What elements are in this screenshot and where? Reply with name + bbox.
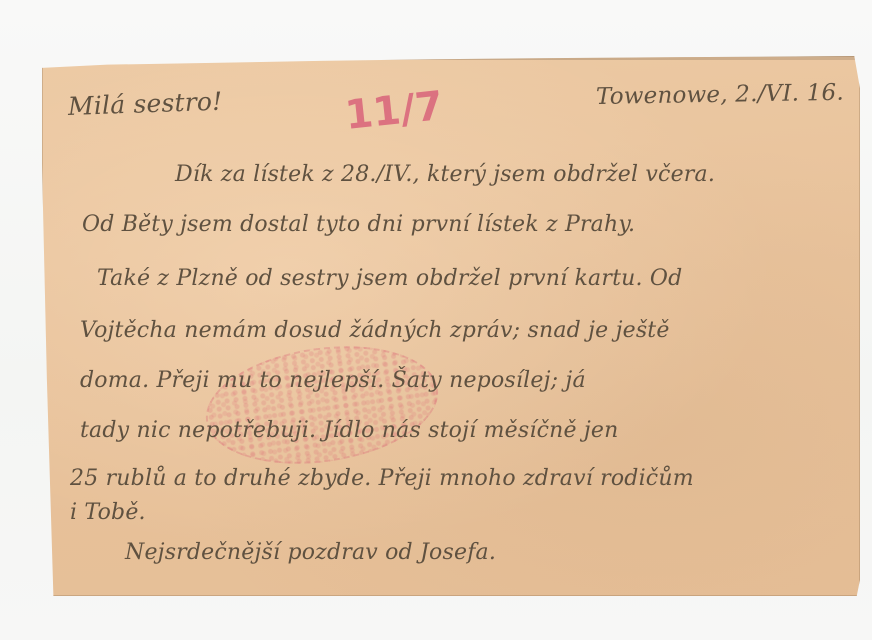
body-line-7: 25 rublů a to druhé zbyde. Přeji mnoho z… [70,466,694,491]
body-line-4: Vojtěcha nemám dosud žádných zpráv; snad… [80,318,670,343]
body-line-2: Od Běty jsem dostal tyto dni první líste… [82,212,635,237]
greeting: Milá sestro! [67,87,222,121]
body-line-3: Také z Plzně od sestry jsem obdržel prvn… [97,266,682,291]
body-line-6: tady nic nepotřebuji. Jídlo nás stojí mě… [80,418,619,443]
scanned-document: Milá sestro! 11/7 Towenowe, 2./VI. 16. D… [0,0,872,640]
closing-signature: Nejsrdečnější pozdrav od Josefa. [125,540,496,565]
place-and-date: Towenowe, 2./VI. 16. [596,80,844,110]
body-line-1: Dík za lístek z 28./IV., který jsem obdr… [175,162,715,187]
body-line-5: doma. Přeji mu to nejlepší. Šaty neposíl… [80,368,586,393]
body-line-8: i Tobě. [70,500,146,525]
